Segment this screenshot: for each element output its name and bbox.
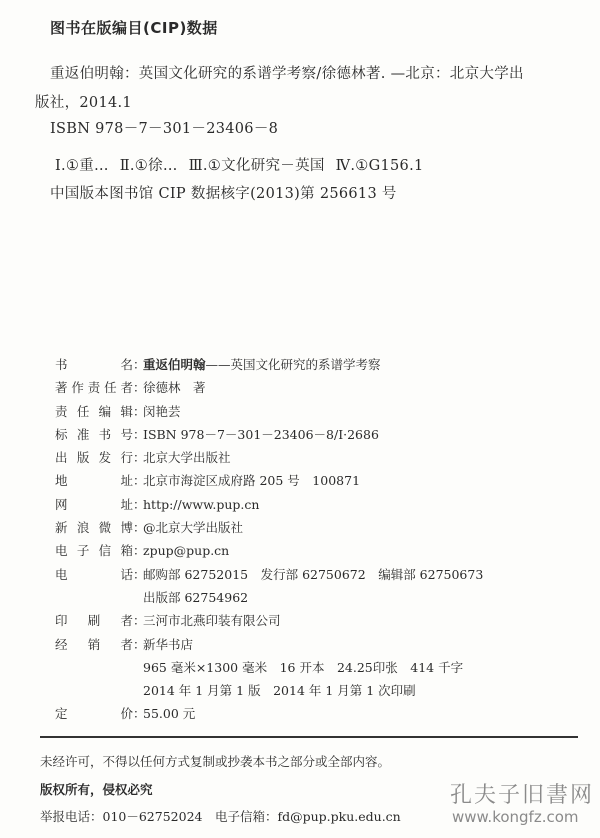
- report-contact: 举报电话：010－62752024 电子信箱：fd@pup.pku.edu.cn: [40, 807, 401, 825]
- info-row: 2014 年 1 月第 1 版 2014 年 1 月第 1 次印刷: [55, 679, 483, 702]
- book-info-table: 书名：重返伯明翰——英国文化研究的系谱学考察著作责任者：徐德林 著责任编辑：闵艳…: [55, 353, 483, 726]
- info-colon: ：: [133, 516, 143, 539]
- copyright-notice: 未经许可，不得以任何方式复制或抄袭本书之部分或全部内容。: [40, 752, 390, 770]
- info-label-char: 名: [120, 353, 133, 376]
- info-label-char: 价: [120, 702, 133, 725]
- info-row: 经销者：新华书店: [55, 633, 483, 656]
- info-colon: ：: [133, 609, 143, 632]
- info-row: 地址：北京市海淀区成府路 205 号 100871: [55, 469, 483, 492]
- info-label-char: 地: [55, 469, 68, 492]
- info-label-char: 者: [120, 376, 133, 399]
- info-value: 三河市北燕印装有限公司: [143, 609, 281, 632]
- cip-book-line: 重返伯明翰：英国文化研究的系谱学考察/徐德林著. —北京：北京大学出: [50, 62, 524, 83]
- info-label-char: 责: [55, 400, 68, 423]
- info-value: 965 毫米×1300 毫米 16 开本 24.25印张 414 千字: [143, 656, 463, 679]
- info-label-char: 箱: [120, 539, 133, 562]
- info-value: 北京市海淀区成府路 205 号 100871: [143, 469, 360, 492]
- info-value: 徐德林 著: [143, 376, 206, 399]
- info-label-char: 号: [120, 423, 133, 446]
- info-label: 印刷者: [55, 609, 133, 632]
- info-label-char: 编: [99, 400, 112, 423]
- info-row: 新浪微博：@北京大学出版社: [55, 516, 483, 539]
- info-label: 出版发行: [55, 446, 133, 469]
- info-label-char: 作: [71, 376, 84, 399]
- info-label-char: 标: [55, 423, 68, 446]
- info-label-char: 博: [120, 516, 133, 539]
- info-value: 55.00 元: [143, 702, 195, 725]
- info-label-char: 电: [55, 563, 68, 586]
- info-label-char: 任: [77, 400, 90, 423]
- info-row: 标准书号：ISBN 978－7－301－23406－8/I·2686: [55, 423, 483, 446]
- info-label-char: 准: [77, 423, 90, 446]
- info-label-char: 者: [120, 609, 133, 632]
- info-row: 网址：http://www.pup.cn: [55, 493, 483, 516]
- info-label: 地址: [55, 469, 133, 492]
- info-label-char: 书: [55, 353, 68, 376]
- rights-reserved: 版权所有，侵权必究: [40, 780, 153, 798]
- info-label-char: 定: [55, 702, 68, 725]
- info-label-char: 印: [55, 609, 68, 632]
- info-label-char: 址: [120, 469, 133, 492]
- info-value: ISBN 978－7－301－23406－8/I·2686: [143, 423, 379, 446]
- info-value: 北京大学出版社: [143, 446, 231, 469]
- info-label-char: 书: [99, 423, 112, 446]
- info-value: 2014 年 1 月第 1 版 2014 年 1 月第 1 次印刷: [143, 679, 416, 702]
- info-label: 著作责任者: [55, 376, 133, 399]
- info-label-char: 者: [120, 633, 133, 656]
- info-label: 电话: [55, 563, 133, 586]
- info-colon: ：: [133, 493, 143, 516]
- info-row: 书名：重返伯明翰——英国文化研究的系谱学考察: [55, 353, 483, 376]
- book-title-sub: ——英国文化研究的系谱学考察: [206, 357, 381, 372]
- info-label-char: 微: [99, 516, 112, 539]
- divider-rule: [40, 736, 578, 738]
- info-row: 著作责任者：徐德林 著: [55, 376, 483, 399]
- info-value: 闵艳芸: [143, 400, 181, 423]
- info-colon: ：: [133, 423, 143, 446]
- info-label-char: 刷: [88, 609, 101, 632]
- info-colon: ：: [133, 400, 143, 423]
- watermark-url: www.kongfz.com: [452, 808, 579, 826]
- cip-book-line-cont: 版社，2014.1: [35, 91, 132, 112]
- info-label-char: 经: [55, 633, 68, 656]
- info-row: 印刷者：三河市北燕印装有限公司: [55, 609, 483, 632]
- info-value: 出版部 62754962: [143, 586, 248, 609]
- info-label-char: 发: [99, 446, 112, 469]
- info-value: http://www.pup.cn: [143, 493, 259, 516]
- info-label: 书名: [55, 353, 133, 376]
- info-colon: ：: [133, 469, 143, 492]
- info-label-char: 网: [55, 493, 68, 516]
- info-label-char: 责: [88, 376, 101, 399]
- info-label: 电子信箱: [55, 539, 133, 562]
- info-label-char: 子: [77, 539, 90, 562]
- info-row: 出版部 62754962: [55, 586, 483, 609]
- info-colon: ：: [133, 702, 143, 725]
- info-label-char: 新: [55, 516, 68, 539]
- info-value: @北京大学出版社: [143, 516, 243, 539]
- info-label: 新浪微博: [55, 516, 133, 539]
- info-label-char: 电: [55, 539, 68, 562]
- info-label: 网址: [55, 493, 133, 516]
- info-value: zpup@pup.cn: [143, 539, 229, 562]
- info-colon: ：: [133, 446, 143, 469]
- info-label-char: 销: [88, 633, 101, 656]
- info-label-char: 著: [55, 376, 68, 399]
- info-label-char: 辑: [120, 400, 133, 423]
- info-label: 标准书号: [55, 423, 133, 446]
- info-colon: ：: [133, 539, 143, 562]
- info-colon: ：: [133, 353, 143, 376]
- cip-title: 图书在版编目(CIP)数据: [50, 17, 218, 38]
- info-row: 责任编辑：闵艳芸: [55, 400, 483, 423]
- info-colon: ：: [133, 563, 143, 586]
- info-row: 965 毫米×1300 毫米 16 开本 24.25印张 414 千字: [55, 656, 483, 679]
- info-row: 电子信箱：zpup@pup.cn: [55, 539, 483, 562]
- cip-number: 中国版本图书馆 CIP 数据核字(2013)第 256613 号: [50, 182, 397, 203]
- info-colon: ：: [133, 633, 143, 656]
- info-label-char: 版: [77, 446, 90, 469]
- info-row: 电话：邮购部 62752015 发行部 62750672 编辑部 6275067…: [55, 563, 483, 586]
- info-label-char: 址: [120, 493, 133, 516]
- info-value: 新华书店: [143, 633, 193, 656]
- book-title-main: 重返伯明翰: [143, 357, 206, 372]
- info-label: 定价: [55, 702, 133, 725]
- watermark-name: 孔夫子旧書网: [450, 778, 594, 809]
- info-row: 定价：55.00 元: [55, 702, 483, 725]
- cip-classification: Ⅰ.①重… Ⅱ.①徐… Ⅲ.①文化研究－英国 Ⅳ.①G156.1: [55, 154, 424, 175]
- info-label-char: 信: [99, 539, 112, 562]
- cip-isbn: ISBN 978－7－301－23406－8: [50, 117, 278, 138]
- info-label: 经销者: [55, 633, 133, 656]
- info-label: 责任编辑: [55, 400, 133, 423]
- info-value: 重返伯明翰——英国文化研究的系谱学考察: [143, 353, 381, 376]
- info-label-char: 行: [120, 446, 133, 469]
- info-label-char: 话: [120, 563, 133, 586]
- info-label-char: 浪: [77, 516, 90, 539]
- info-colon: ：: [133, 376, 143, 399]
- info-value: 邮购部 62752015 发行部 62750672 编辑部 62750673: [143, 563, 483, 586]
- info-label-char: 出: [55, 446, 68, 469]
- info-label-char: 任: [104, 376, 117, 399]
- info-row: 出版发行：北京大学出版社: [55, 446, 483, 469]
